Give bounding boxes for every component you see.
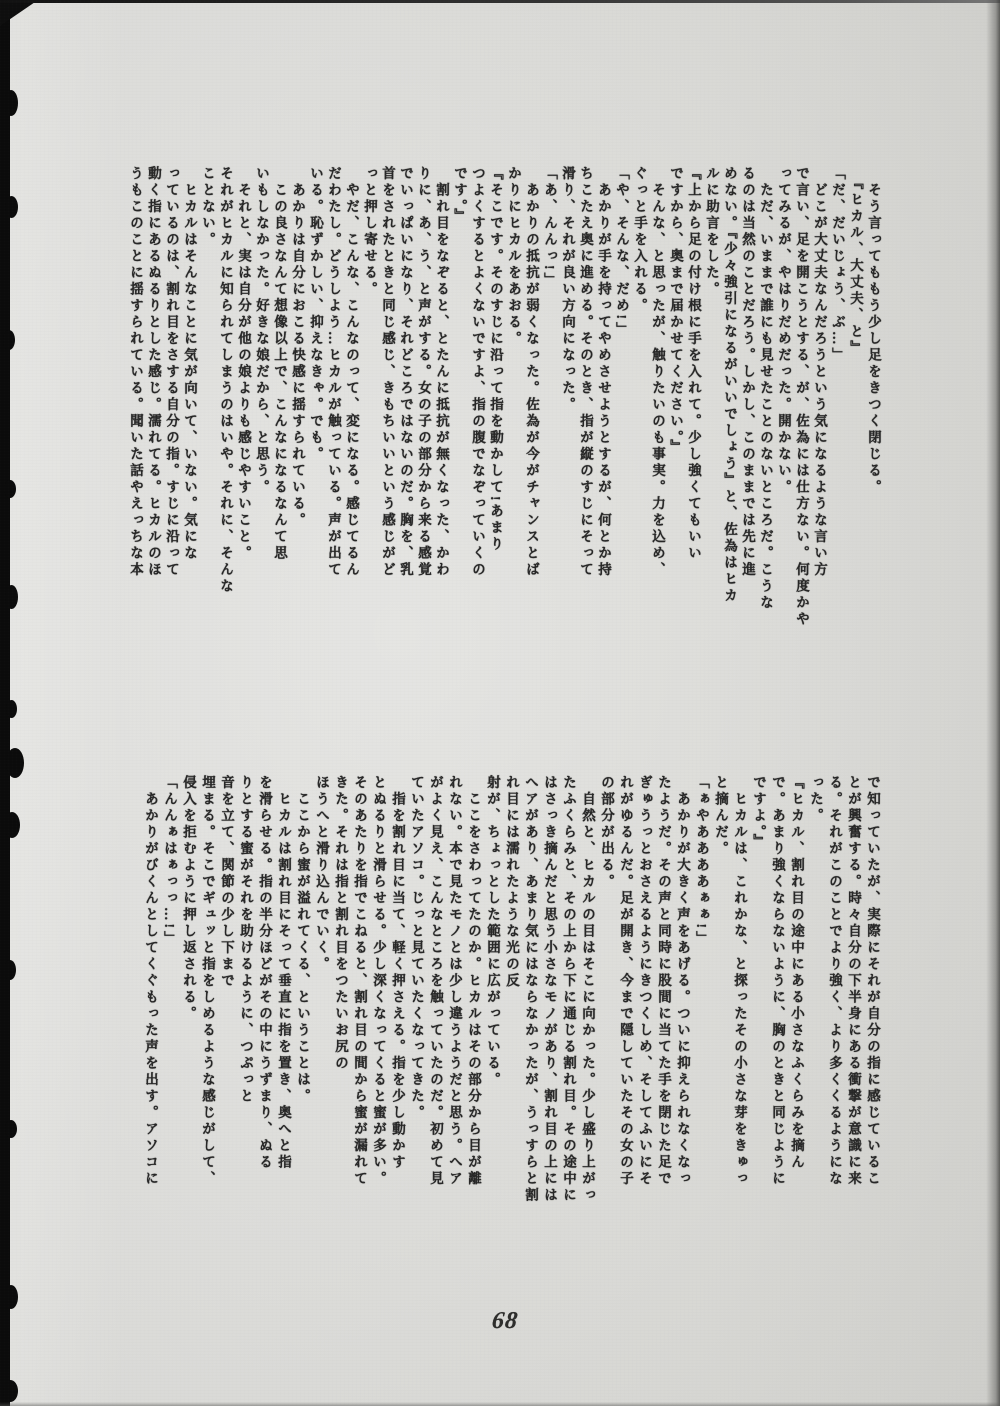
text-column: どこが大丈夫なんだろうという気になるような言い方 xyxy=(810,166,828,658)
text-column: あかりが手を持ってやめさせようとするが、何とか持 xyxy=(594,166,612,658)
binding-edge-bump xyxy=(6,748,24,778)
page-number: 68 xyxy=(491,1308,520,1335)
text-column: とが興奮する。時々自分の下半身にある衝撃が意識に来 xyxy=(844,775,863,1255)
text-column: ヒカルはそんなことに気が向いて、いない。気にな xyxy=(180,166,198,658)
text-column: 「や、そんな、だめ!」 xyxy=(612,166,630,658)
text-column: で。あまり強くならないように、胸のときと同じように xyxy=(768,775,787,1255)
scan-edge-right xyxy=(986,0,1000,1406)
binding-edge-bump xyxy=(4,480,16,498)
text-column: れない。本で見たモノとは少し違うようだと思う。へア xyxy=(445,775,464,1255)
text-column: ルに助言をした。 xyxy=(702,166,720,658)
text-column: ぎゅうっとおさえるようにきつくしめ、そしてふいにそ xyxy=(635,775,654,1255)
text-column: そんな、と思ったが、触りたいのも事実。力を込め、 xyxy=(648,166,666,658)
text-column: れがゆるんだ。足が開き、今まで隠していたその女の子 xyxy=(616,775,635,1255)
text-column: それがヒカルに知られてしまうのはいや。それに、そんな xyxy=(216,166,234,658)
text-column: ちこたえ奥に進める。そのとき、指が縦のすじにそって xyxy=(576,166,594,658)
text-column: 割れ目をなぞると、とたんに抵抗が無くなった、かわ xyxy=(432,166,450,658)
text-block-top: そう言ってももう少し足をきつく閉じる。 『ヒカル、大丈夫、と』「だ、だいじょう、… xyxy=(126,166,882,658)
scan-edge-top xyxy=(0,0,1000,3)
text-column: 射が、ちょっとした範囲に広がっている。 xyxy=(483,775,502,1255)
text-column: きた。それは指と割れ目をつたいお尻の xyxy=(331,775,350,1255)
binding-edge-bump xyxy=(4,1285,18,1309)
text-column: れ目には濡れたような光の反 xyxy=(502,775,521,1255)
text-column: る。それがこのことでより強く、より多くくるようにな xyxy=(825,775,844,1255)
text-column: がよく見え、こんなところを触っていたのだ。初めて見 xyxy=(426,775,445,1255)
text-column: りに、あ、う、と声がする。女の子の部分から来る感覚 xyxy=(414,166,432,658)
binding-edge-bump xyxy=(6,700,17,718)
text-column: だわたし。どうしよう…ヒカルが触っている。声が出て xyxy=(324,166,342,658)
text-column: りとする蜜がそれを助けるように、つぷっと xyxy=(236,775,255,1255)
binding-edge-bump xyxy=(3,1380,18,1402)
text-column: でいっぱいになり、それどころではないのだ。胸を、乳 xyxy=(396,166,414,658)
text-column: 「ぁやああああぁぁ!」 xyxy=(692,775,711,1255)
text-column: 『上から足の付け根に手を入れて。少し強くてもいい xyxy=(684,166,702,658)
text-column: ここから蜜が溢れてくる、ということは。 xyxy=(293,775,312,1255)
scan-corner-top-left xyxy=(0,0,38,26)
binding-edge-bump xyxy=(4,90,18,116)
text-column: ヒカルは、これかな、と探ったその小さな芽をきゅっ xyxy=(730,775,749,1255)
text-column: 指を割れ目に当て、軽く押さえる。指を少し動かす xyxy=(388,775,407,1255)
text-column: そう言ってももう少し足をきつく閉じる。 xyxy=(864,166,882,658)
text-block-bottom: で知っていたが、実際にそれが自分の指に感じていることが興奮する。時々自分の下半身… xyxy=(141,775,882,1255)
text-column: 「あ、んんっ!」 xyxy=(540,166,558,658)
text-column: ていたアソコ。じっと見ていたくなってきた。 xyxy=(407,775,426,1255)
text-column: ほうへと滑り込んでいく。 xyxy=(312,775,331,1255)
text-column: ことない。 xyxy=(198,166,216,658)
text-column: で言い、足を開こうとする、が、佐為には仕方ない。何度かや xyxy=(792,166,810,658)
text-column: かりにヒカルをあおる。 xyxy=(504,166,522,658)
text-column: っているのは、割れ目をさする自分の指。すじに沿って xyxy=(162,166,180,658)
text-column: ですから、奥まで届かせてください。』 xyxy=(666,166,684,658)
text-column: っと押し寄せる。 xyxy=(360,166,378,658)
text-column: 動く指にあるぬるりとした感じ。濡れてる。ヒカルのほ xyxy=(144,166,162,658)
text-column: ぐっと手を入れる。 xyxy=(630,166,648,658)
text-column: った。 xyxy=(806,775,825,1255)
text-column: ですよ。』 xyxy=(749,775,768,1255)
text-column: いる。恥ずかしい、抑えなきゃ。でも。 xyxy=(306,166,324,658)
text-column: たようだ。その声と同時に股間に当てた手を閉じた足で xyxy=(654,775,673,1255)
text-column: あかりの抵抗が弱くなった。佐為が今がチャンスとば xyxy=(522,166,540,658)
binding-edge-bump xyxy=(5,585,18,609)
text-column: 侵入を拒むように押し返される。 xyxy=(179,775,198,1255)
text-column: を滑らせる。指の半分ほどがその中にうずまり、ぬる xyxy=(255,775,274,1255)
text-column: いもしなかった。好きな娘だから、と思う。 xyxy=(252,166,270,658)
text-column: 音を立て、関節の少し下まで xyxy=(217,775,236,1255)
binding-edge-bump xyxy=(3,330,15,350)
text-column: やだ、こんな、こんなのって、変になる。感じてるん xyxy=(342,166,360,658)
text-column: 首をされたときと同じ感じ、きもちいいという感じがど xyxy=(378,166,396,658)
binding-edge-bump xyxy=(4,812,20,838)
text-column: この良さなんて想像以上で、こんなになるなんて思 xyxy=(270,166,288,658)
text-column: はさっき摘んだと思う小さなモノがあり、割れ目の上には xyxy=(540,775,559,1255)
text-column: へアがあり、あまり気にはならなかったが、うっすらと割 xyxy=(521,775,540,1255)
binding-edge-bump xyxy=(5,196,18,218)
text-column: うもこのことに揺すられている。聞いた話やえっちな本 xyxy=(126,166,144,658)
text-column: 『ヒカル、割れ目の途中にある小さなふくらみを摘ん xyxy=(787,775,806,1255)
text-column: とぬるりと滑らせる。少し深くなってくると蜜が多い。 xyxy=(369,775,388,1255)
text-column: めない。『少々強引になるがいいでしょう』と、佐為はヒカ xyxy=(720,166,738,658)
text-column: 「だ、だいじょう、ぶ…」 xyxy=(828,166,846,658)
text-column: 埋まる。そこでギュッと指をしめるような感じがして、 xyxy=(198,775,217,1255)
text-column: たふくらみと、その上から下に通じる割れ目。その途中に xyxy=(559,775,578,1255)
scan-edge-bottom xyxy=(0,1402,1000,1406)
text-column: あかりは自分におこる快感に揺すられている。 xyxy=(288,166,306,658)
text-column: で知っていたが、実際にそれが自分の指に感じているこ xyxy=(863,775,882,1255)
text-column: 『ヒカル、大丈夫、と』 xyxy=(846,166,864,658)
binding-edge-bump xyxy=(5,1120,17,1138)
text-column: ここをさわってたのか。ヒカルはその部分から目が離 xyxy=(464,775,483,1255)
text-column: 滑り、それが良い方向になった。 xyxy=(558,166,576,658)
text-column: ヒカルは割れ目にそって垂直に指を置き、奥へと指 xyxy=(274,775,293,1255)
text-column: あかりが大きく声をあげる。ついに抑えられなくなっ xyxy=(673,775,692,1255)
text-column: 「んんぁはぁっっ…!」 xyxy=(160,775,179,1255)
text-column: の部分が出る。 xyxy=(597,775,616,1255)
text-column: 『そこです。そのすじに沿って指を動かして!あまり xyxy=(486,166,504,658)
text-column: そのあたりを指でこねると、割れ目の間から蜜が漏れて xyxy=(350,775,369,1255)
text-column: るのは当然のことだろう。しかし、このままでは先に進 xyxy=(738,166,756,658)
text-column: つよくするとよくないですよ、指の腹でなぞっていくの xyxy=(468,166,486,658)
text-column: ただ、いままで誰にも見せたことのないところだ。こうな xyxy=(756,166,774,658)
text-column: ってみるが、やはりだめだった。開かない。 xyxy=(774,166,792,658)
text-column: です。』 xyxy=(450,166,468,658)
text-column: あかりがびくんとしてくぐもった声を出す。アソコに xyxy=(141,775,160,1255)
text-column: と摘んだ。 xyxy=(711,775,730,1255)
text-column: それと、実は自分が他の娘よりも感じやすいこと。 xyxy=(234,166,252,658)
binding-edge-bump xyxy=(4,960,16,980)
text-column: 自然と、ヒカルの目はそこに向かった。少し盛り上がっ xyxy=(578,775,597,1255)
